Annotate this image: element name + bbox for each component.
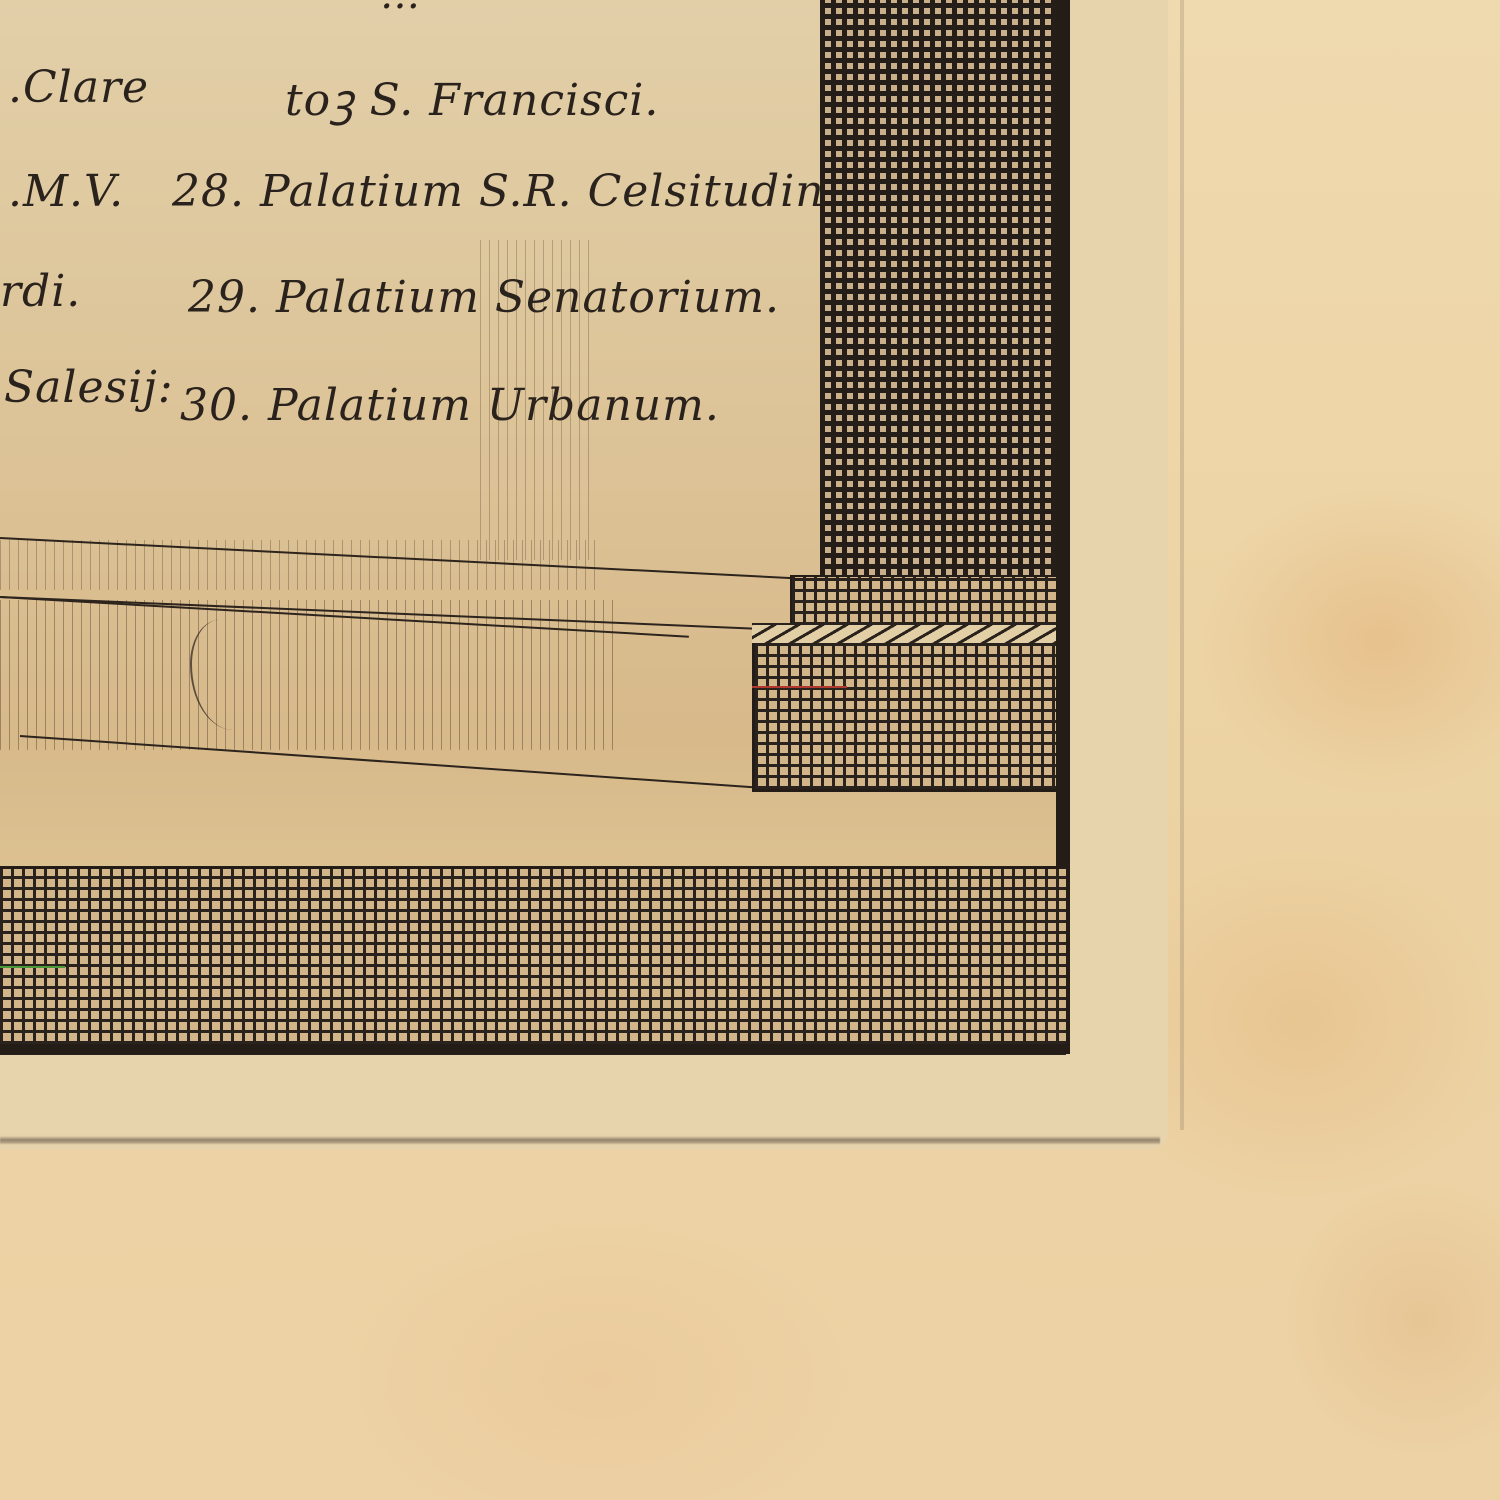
legend-left-fragment-2: .M.V. [8, 166, 124, 217]
hatching-upper-ledge [0, 540, 600, 590]
pillar-hatched-band [752, 623, 1058, 645]
legend-entry-27: toꝫ S. Francisci. [285, 68, 659, 128]
hatching-ledge-face [0, 600, 620, 750]
frame-bottom-border [0, 1044, 1070, 1054]
legend-entry-28: 28. Palatium S.R. Celsitudin [172, 166, 825, 217]
pillar-shaft [820, 0, 1070, 580]
pillar-capital-block [790, 575, 1062, 627]
legend-entry-30: 30. Palatium Urbanum. [180, 380, 720, 431]
pillar-base-block [752, 643, 1064, 792]
bottom-base-band [0, 866, 1066, 1055]
plate-mark-right-edge [1180, 0, 1184, 1130]
legend-left-fragment-3: rdi. [0, 266, 81, 317]
legend-left-fragment-1: .Clare [8, 62, 149, 113]
hatching-shadow [480, 240, 590, 560]
legend-partial-top-line: … [380, 0, 421, 18]
red-ink-mark [752, 686, 847, 688]
plate-mark-bottom-edge [0, 1136, 1160, 1144]
green-ink-mark [0, 966, 65, 968]
legend-left-fragment-4: Salesij: [4, 362, 174, 413]
